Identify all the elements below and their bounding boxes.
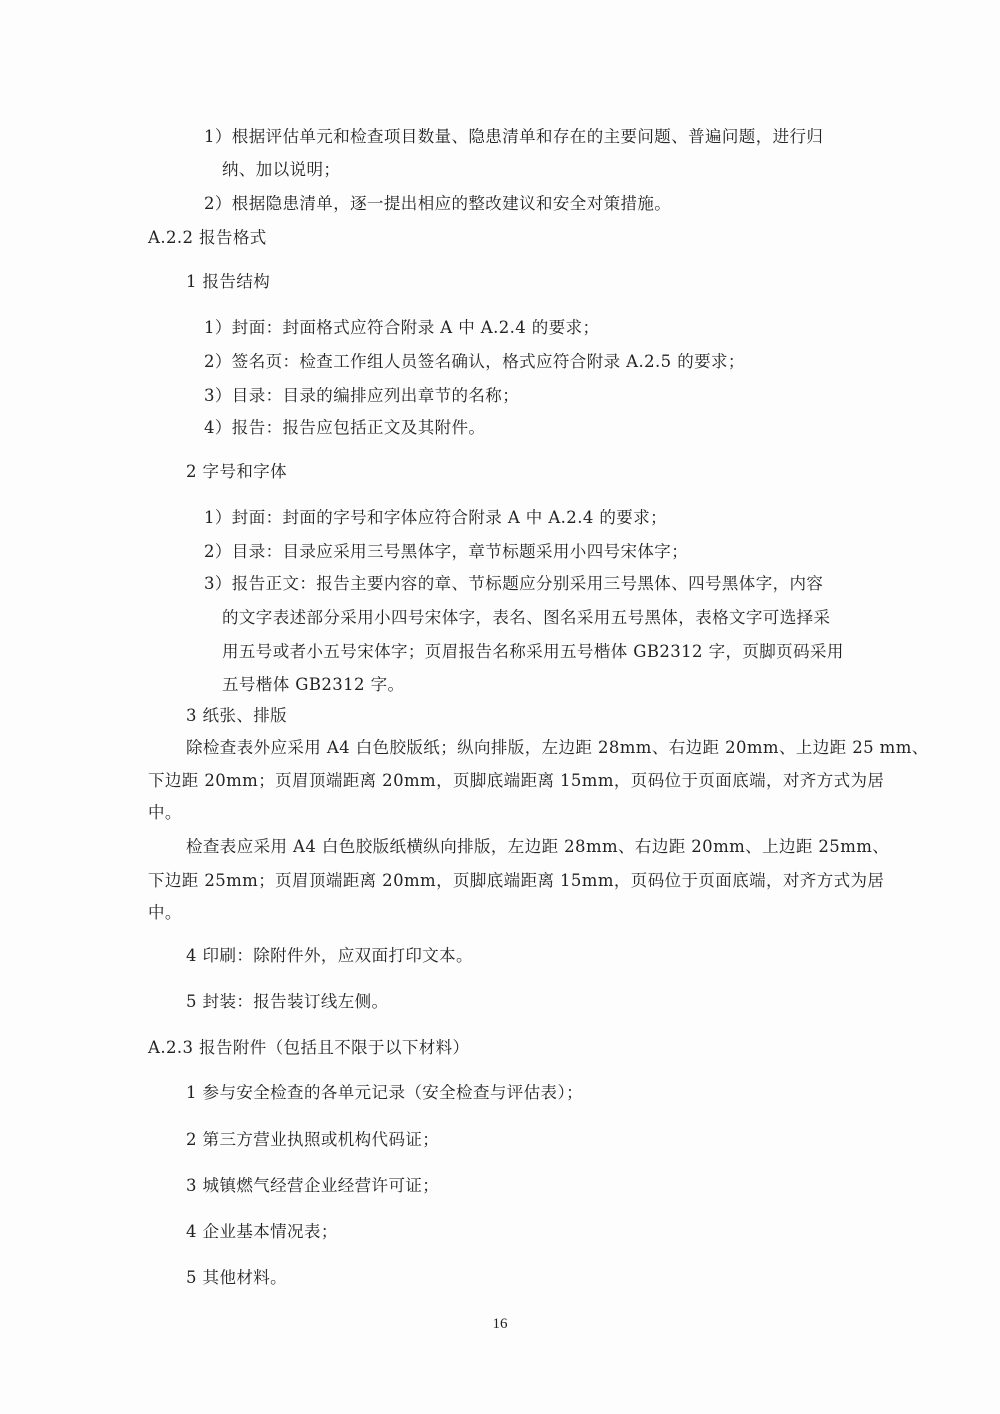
text-line: 2）目录：目录应采用三号黑体字，章节标题采用小四号宋体字； [204,542,688,562]
text-line: 1）封面：封面格式应符合附录 A 中 A.2.4 的要求； [204,318,599,338]
text-line: A.2.2 报告格式 [148,228,267,248]
text-line: 5 其他材料。 [186,1268,287,1288]
text-line: 1 报告结构 [186,272,270,292]
text-line: 中。 [148,803,182,823]
text-line: 1 参与安全检查的各单元记录（安全检查与评估表）； [186,1083,583,1103]
text-line: 除检查表外应采用 A4 白色胶版纸；纵向排版，左边距 28mm、右边距 20mm… [186,738,929,758]
page-number: 16 [0,1316,1000,1333]
text-line: 五号楷体 GB2312 字。 [222,675,404,695]
text-line: 3）报告正文：报告主要内容的章、节标题应分别采用三号黑体、四号黑体字，内容 [204,574,823,594]
text-line: 2）签名页：检查工作组人员签名确认，格式应符合附录 A.2.5 的要求； [204,352,745,372]
text-line: 下边距 20mm；页眉顶端距离 20mm，页脚底端距离 15mm，页码位于页面底… [148,771,884,791]
text-line: 3 纸张、排版 [186,706,287,726]
text-line: 下边距 25mm；页眉顶端距离 20mm，页脚底端距离 15mm，页码位于页面底… [148,871,884,891]
text-line: 2 字号和字体 [186,462,287,482]
text-line: 用五号或者小五号宋体字；页眉报告名称采用五号楷体 GB2312 字，页脚页码采用 [222,642,844,662]
text-line: 中。 [148,903,182,923]
text-line: 5 封装：报告装订线左侧。 [186,992,388,1012]
document-page: 1）根据评估单元和检查项目数量、隐患清单和存在的主要问题、普遍问题，进行归纳、加… [0,0,1000,1414]
text-line: 1）封面：封面的字号和字体应符合附录 A 中 A.2.4 的要求； [204,508,667,528]
text-line: 纳、加以说明； [222,160,340,180]
text-line: 3）目录：目录的编排应列出章节的名称； [204,386,519,406]
text-line: 4 印刷：除附件外，应双面打印文本。 [186,946,473,966]
text-line: 2 第三方营业执照或机构代码证； [186,1130,439,1150]
text-line: 3 城镇燃气经营企业经营许可证； [186,1176,439,1196]
text-line: A.2.3 报告附件（包括且不限于以下材料） [148,1038,469,1058]
text-line: 的文字表述部分采用小四号宋体字，表名、图名采用五号黑体，表格文字可选择采 [222,608,830,628]
text-line: 4）报告：报告应包括正文及其附件。 [204,418,485,438]
text-line: 1）根据评估单元和检查项目数量、隐患清单和存在的主要问题、普遍问题，进行归 [204,127,823,147]
text-line: 检查表应采用 A4 白色胶版纸横纵向排版，左边距 28mm、右边距 20mm、上… [186,837,889,857]
text-line: 4 企业基本情况表； [186,1222,338,1242]
text-line: 2）根据隐患清单，逐一提出相应的整改建议和安全对策措施。 [204,194,671,214]
